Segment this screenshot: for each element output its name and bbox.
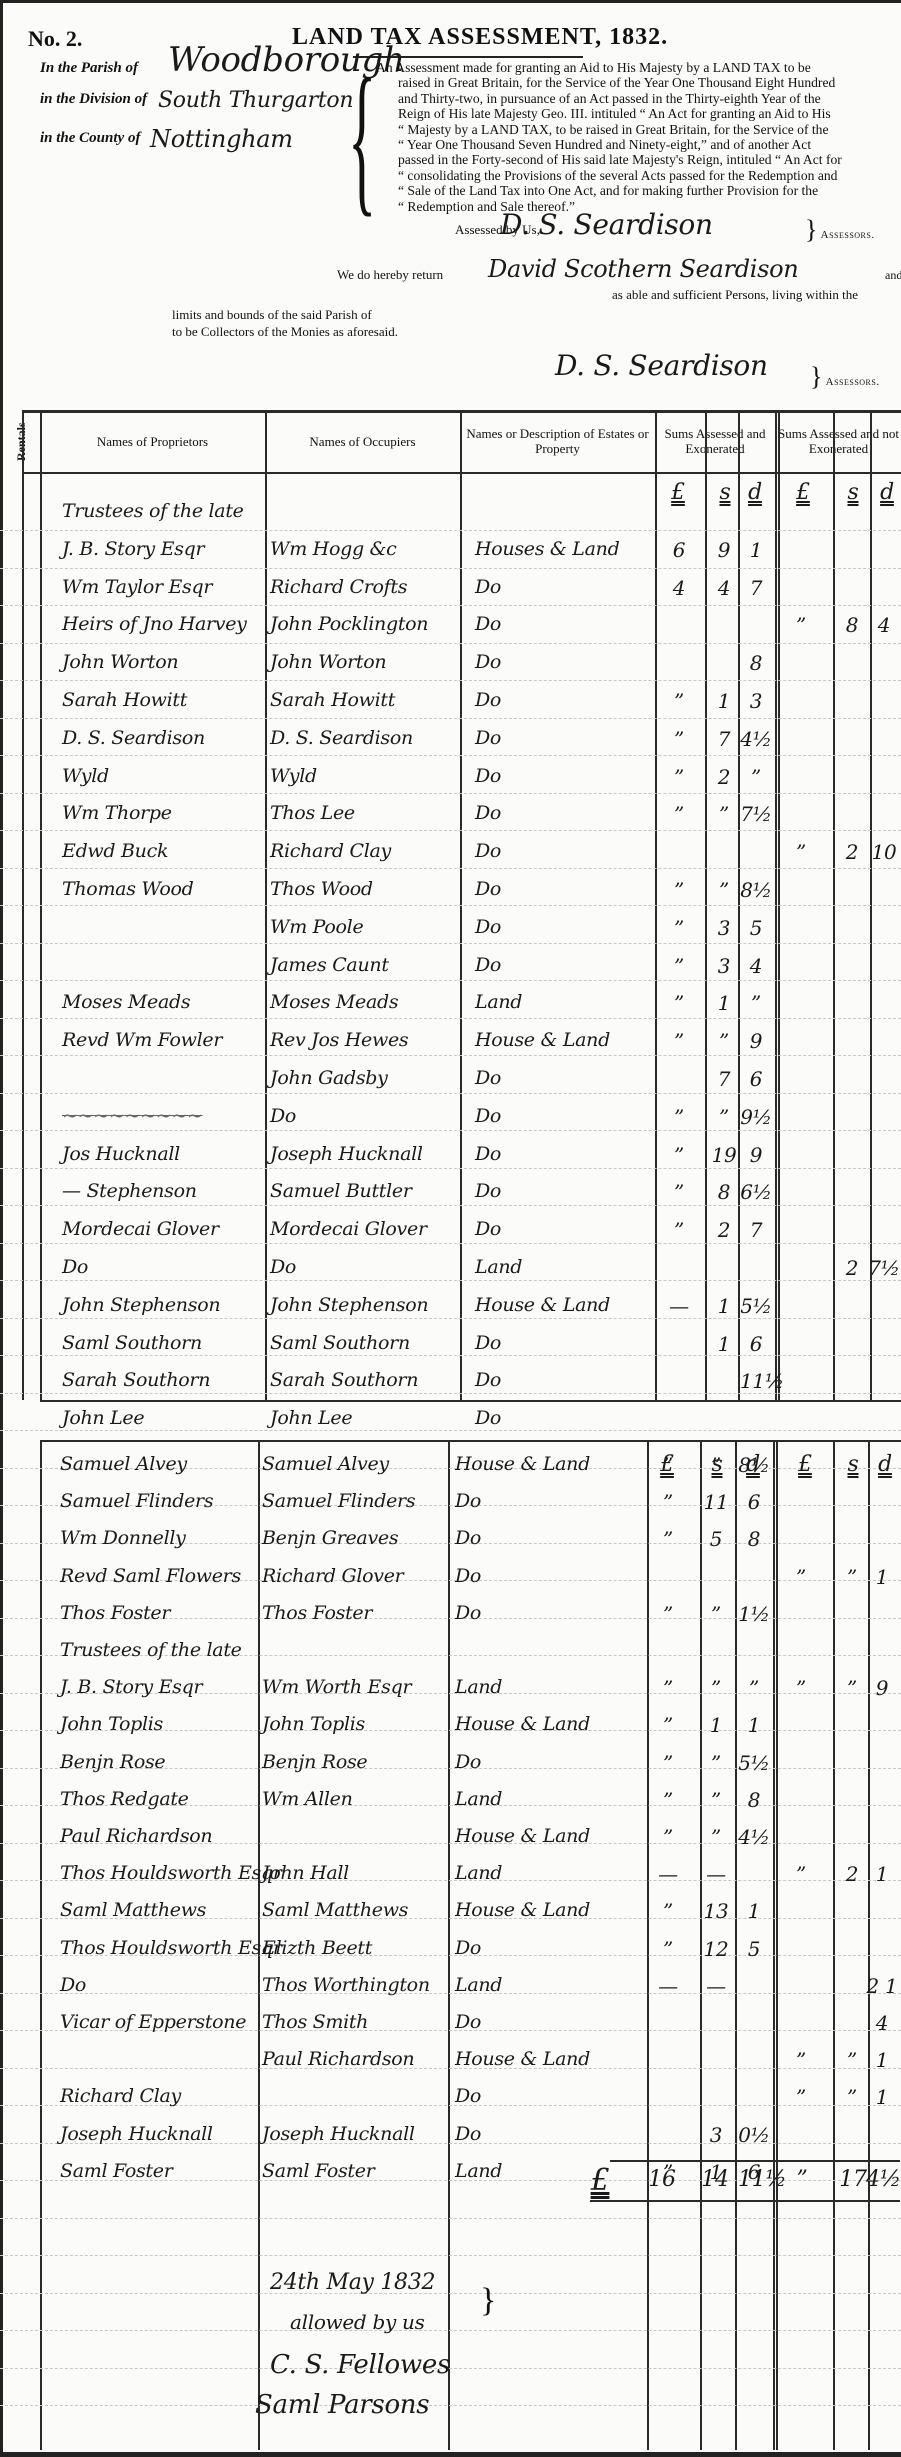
division-value: South Thurgarton	[158, 88, 353, 113]
occupier-name: Wm Worth Esqr	[262, 1676, 411, 1698]
sum-exonerated: 8	[738, 1788, 770, 1812]
proprietor-name: Benjn Rose	[60, 1751, 165, 1773]
sum-exonerated: 19	[708, 1143, 740, 1167]
sum-not-exonerated: ”	[785, 1565, 817, 1589]
sum-exonerated: ”	[652, 1751, 684, 1775]
sum-exonerated: ”	[700, 1453, 732, 1477]
sum-exonerated: ”	[663, 1218, 695, 1242]
proprietor-name: Joseph Hucknall	[60, 2123, 213, 2145]
occupier-name: Joseph Hucknall	[270, 1143, 423, 1165]
sum-not-exonerated: 1	[866, 1565, 898, 1589]
ruled-line	[0, 2293, 901, 2294]
sum-exonerated: 8	[738, 1527, 770, 1551]
proprietor-name: Revd Wm Fowler	[62, 1029, 222, 1051]
sum-exonerated: 1½	[738, 1602, 770, 1626]
occupier-name: Wm Allen	[262, 1788, 353, 1810]
estate-description: Do	[475, 954, 501, 976]
ruled-line	[0, 2068, 901, 2069]
sum-not-exonerated: 7½	[868, 1256, 900, 1280]
sum-exonerated: ”	[652, 1937, 684, 1961]
occupier-name: Samuel Buttler	[270, 1180, 412, 1202]
sum-exonerated: ”	[663, 1105, 695, 1129]
preamble-line: “ Majesty by a LAND TAX, to be raised in…	[376, 122, 900, 137]
proprietor-name: Saml Matthews	[60, 1899, 206, 1921]
estate-description: Land	[475, 1256, 522, 1278]
column-line	[735, 1440, 737, 2450]
total-not-exonerated: 17	[836, 2167, 870, 2192]
sum-exonerated: ”	[663, 991, 695, 1015]
sum-exonerated: 3	[708, 916, 740, 940]
ruled-line	[0, 605, 901, 606]
currency-unit-label: £	[663, 480, 693, 505]
estate-description: Do	[455, 1490, 481, 1512]
sum-exonerated: 4	[708, 576, 740, 600]
estate-description: Do	[455, 2085, 481, 2107]
proprietor-name: John Stephenson	[62, 1294, 220, 1316]
sum-not-exonerated: ”	[785, 1676, 817, 1700]
proprietor-name: Trustees of the late	[60, 1639, 242, 1661]
estate-description: Do	[455, 1751, 481, 1773]
occupier-name: John Worton	[270, 651, 386, 673]
top-border	[0, 0, 901, 3]
left-border	[0, 0, 3, 2457]
sum-exonerated: 1	[738, 1899, 770, 1923]
currency-unit-label: s	[838, 480, 868, 505]
estate-description: Do	[475, 727, 501, 749]
estate-description: Land	[475, 991, 522, 1013]
sum-not-exonerated: 1	[866, 2085, 898, 2109]
sum-not-exonerated: ”	[836, 2085, 868, 2109]
sum-not-exonerated: ”	[785, 2048, 817, 2072]
ruled-line	[0, 830, 901, 831]
estate-description: Do	[475, 1180, 501, 1202]
estate-description: Do	[475, 1067, 501, 1089]
sum-exonerated: ”	[740, 991, 772, 1015]
proprietor-name: Wm Taylor Esqr	[62, 576, 212, 598]
header-estates: Names or Description of Estates or Prope…	[460, 412, 655, 470]
brace-icon: {	[348, 54, 376, 222]
land-tax-assessment-page: No. 2. LAND TAX ASSESSMENT, 1832. In the…	[0, 0, 901, 2457]
currency-unit-label: s	[838, 1452, 868, 1477]
sum-exonerated: ”	[652, 1453, 684, 1477]
occupier-name: Thos Worthington	[262, 1974, 430, 1996]
sum-exonerated: ”	[663, 954, 695, 978]
sum-exonerated: ”	[663, 1180, 695, 1204]
total-not-exonerated: 4½	[866, 2167, 900, 2192]
sum-exonerated: 0½	[738, 2123, 770, 2147]
proprietor-name: John Lee	[62, 1407, 144, 1429]
total-exonerated: 16	[645, 2167, 679, 2192]
sum-exonerated: 3	[708, 954, 740, 978]
assessors-text: Assessors.	[821, 229, 875, 241]
sum-exonerated: ”	[652, 1527, 684, 1551]
total-exonerated: 11½	[738, 2167, 772, 2192]
proprietor-name: Samuel Alvey	[60, 1453, 187, 1475]
column-line	[647, 1440, 649, 2450]
brace-icon: }	[805, 215, 818, 244]
sum-exonerated: 13	[700, 1899, 732, 1923]
currency-unit-label: d	[870, 1452, 900, 1477]
estate-description: House & Land	[455, 1453, 590, 1475]
proprietor-name: Thos Foster	[60, 1602, 170, 1624]
ruled-line	[0, 2405, 901, 2406]
estate-description: Do	[455, 1937, 481, 1959]
sum-exonerated: ”	[663, 916, 695, 940]
sum-exonerated: ”	[652, 1825, 684, 1849]
county-value: Nottingham	[150, 125, 293, 153]
sum-exonerated: 5½	[740, 1294, 772, 1318]
sum-exonerated: 4	[740, 954, 772, 978]
sum-exonerated: ”	[708, 878, 740, 902]
sum-exonerated: 3	[740, 689, 772, 713]
sum-exonerated: 6	[663, 538, 695, 562]
estate-description: Do	[475, 840, 501, 862]
proprietor-name: Trustees of the late	[62, 500, 244, 522]
estate-description: Do	[455, 2123, 481, 2145]
assessors-text-2: Assessors.	[826, 376, 880, 388]
proprietor-name: Edwd Buck	[62, 840, 168, 862]
proprietor-name: Samuel Flinders	[60, 1490, 213, 1512]
sum-exonerated: 5	[700, 1527, 732, 1551]
column-line	[40, 1440, 42, 2450]
sum-exonerated: 1	[700, 1713, 732, 1737]
sum-exonerated: ”	[652, 1713, 684, 1737]
sum-exonerated: 1	[708, 1294, 740, 1318]
sum-exonerated: 7½	[740, 802, 772, 826]
preamble-line: “ consolidating the Provisions of the se…	[376, 168, 900, 183]
occupier-name: Richard Crofts	[270, 576, 407, 598]
estate-description: House & Land	[475, 1294, 610, 1316]
estate-description: Do	[475, 576, 501, 598]
currency-unit-label: s	[710, 480, 740, 505]
sum-exonerated: 9	[740, 1029, 772, 1053]
sum-exonerated: ”	[663, 689, 695, 713]
rule-line	[40, 1440, 901, 1442]
sum-exonerated: 9	[708, 538, 740, 562]
sum-not-exonerated: 4	[868, 613, 900, 637]
estate-description: Do	[475, 689, 501, 711]
ruled-line	[0, 2368, 901, 2369]
occupier-name: John Gadsby	[270, 1067, 388, 1089]
proprietor-name: Revd Saml Flowers	[60, 1565, 241, 1587]
sum-exonerated: 4½	[740, 727, 772, 751]
estate-description: Do	[455, 1565, 481, 1587]
and-label: and	[885, 268, 901, 283]
sum-exonerated: ”	[700, 1825, 732, 1849]
footer-signature-1: C. S. Fellowes	[270, 2350, 450, 2380]
estate-description: House & Land	[455, 1713, 590, 1735]
estate-description: Land	[455, 1974, 502, 1996]
assessor-signature: D. S. Seardison	[500, 208, 713, 241]
occupier-name: Benjn Greaves	[262, 1527, 398, 1549]
proprietor-name: Sarah Southorn	[62, 1369, 210, 1391]
sum-exonerated: 1	[708, 689, 740, 713]
sum-exonerated: 11½	[740, 1369, 772, 1393]
ruled-line	[0, 2218, 901, 2219]
estate-description: Do	[475, 916, 501, 938]
sum-exonerated: 8	[708, 1180, 740, 1204]
occupier-name: Thos Foster	[262, 1602, 372, 1624]
occupier-name: John Lee	[270, 1407, 352, 1429]
sum-exonerated: ”	[700, 1751, 732, 1775]
sum-not-exonerated: 1	[866, 1862, 898, 1886]
sum-exonerated: 9	[740, 1143, 772, 1167]
ruled-line	[0, 1055, 901, 1056]
proprietor-name: Sarah Howitt	[62, 689, 187, 711]
preamble-text: An Assessment made for granting an Aid t…	[376, 60, 900, 214]
proprietor-name: Thos Houldsworth Esqr	[60, 1862, 282, 1884]
ruled-line	[0, 1018, 901, 1019]
preamble-line: raised in Great Britain, for the Service…	[376, 75, 900, 90]
sum-exonerated: 1	[708, 1332, 740, 1356]
sum-not-exonerated: 2	[836, 840, 868, 864]
ruled-line	[0, 755, 901, 756]
sum-exonerated: ”	[652, 1490, 684, 1514]
sum-not-exonerated: ”	[785, 1862, 817, 1886]
column-line	[776, 1440, 778, 2450]
able-text: as able and sufficient Persons, living w…	[612, 287, 858, 303]
sum-exonerated: ”	[663, 1143, 695, 1167]
sum-not-exonerated: ”	[785, 613, 817, 637]
sum-exonerated: ”	[708, 802, 740, 826]
ruled-line	[0, 1168, 901, 1169]
sum-exonerated: 6½	[740, 1180, 772, 1204]
sum-not-exonerated: ”	[785, 2085, 817, 2109]
ruled-line	[0, 1993, 901, 1994]
ruled-line	[0, 2255, 901, 2256]
proprietor-name: Saml Southorn	[62, 1332, 202, 1354]
sum-exonerated: 8	[740, 651, 772, 675]
sum-exonerated: ”	[663, 765, 695, 789]
header-occupiers: Names of Occupiers	[265, 412, 460, 470]
estate-description: Do	[475, 878, 501, 900]
sum-not-exonerated: 1	[866, 2048, 898, 2072]
footer-date: 24th May 1832	[270, 2270, 435, 2295]
ruled-line	[0, 793, 901, 794]
sum-exonerated: 1	[738, 1713, 770, 1737]
estate-description: House & Land	[475, 1029, 610, 1051]
occupier-name: John Hall	[262, 1862, 349, 1884]
occupier-name: Samuel Alvey	[262, 1453, 389, 1475]
sum-exonerated: ”	[652, 1788, 684, 1812]
sum-exonerated: ”	[652, 1899, 684, 1923]
rule-line	[22, 472, 901, 474]
sum-exonerated: ”	[663, 802, 695, 826]
ruled-line	[0, 1205, 901, 1206]
sum-not-exonerated: 4	[866, 2011, 898, 2035]
brace-icon: }	[810, 362, 823, 391]
preamble-line: Reign of His late Majesty Geo. III. inti…	[376, 106, 900, 121]
occupier-name: Wm Hogg &c	[270, 538, 397, 560]
proprietor-name: Mordecai Glover	[62, 1218, 219, 1240]
county-label: in the County of	[40, 130, 140, 147]
occupier-name: Rev Jos Hewes	[270, 1029, 408, 1051]
preamble-line: “ Sale of the Land Tax into One Act, and…	[376, 183, 900, 198]
proprietor-name: Paul Richardson	[60, 1825, 212, 1847]
sum-exonerated: —	[700, 1974, 732, 1998]
parish-label: In the Parish of	[40, 60, 138, 77]
sum-not-exonerated: 2	[836, 1256, 868, 1280]
sum-exonerated: 8½	[740, 878, 772, 902]
proprietor-name: John Worton	[62, 651, 178, 673]
occupier-name: Paul Richardson	[262, 2048, 414, 2070]
occupier-name: John Toplis	[262, 1713, 365, 1735]
estate-description: House & Land	[455, 2048, 590, 2070]
sum-exonerated: 4½	[738, 1825, 770, 1849]
estate-description: Do	[455, 1602, 481, 1624]
pound-symbol: £	[585, 2163, 615, 2198]
estate-description: Do	[475, 613, 501, 635]
sum-exonerated: 7	[740, 576, 772, 600]
occupier-name: John Stephenson	[270, 1294, 428, 1316]
occupier-name: Samuel Flinders	[262, 1490, 415, 1512]
proprietor-name: J. B. Story Esqr	[60, 1676, 202, 1698]
proprietor-name: Do	[62, 1256, 88, 1278]
column-line	[448, 1440, 450, 2450]
occupier-name: James Caunt	[270, 954, 389, 976]
proprietor-name: Vicar of Epperstone	[60, 2011, 246, 2033]
proprietor-name: J. B. Story Esqr	[62, 538, 204, 560]
sum-exonerated: 7	[708, 1067, 740, 1091]
sum-exonerated: 9½	[740, 1105, 772, 1129]
sum-exonerated: 1	[740, 538, 772, 562]
estate-description: Land	[455, 2160, 502, 2182]
estate-description: Do	[455, 1527, 481, 1549]
sum-not-exonerated: 2 1	[866, 1974, 898, 1998]
ruled-line	[0, 680, 901, 681]
proprietor-name: Thos Redgate	[60, 1788, 189, 1810]
estate-description: Land	[455, 1676, 502, 1698]
ruled-line	[0, 568, 901, 569]
sum-exonerated: ”	[652, 1676, 684, 1700]
assessor-signature-2: D. S. Seardison	[555, 349, 768, 382]
proprietor-name: Do	[60, 1974, 86, 1996]
sum-exonerated: —	[700, 1862, 732, 1886]
occupier-name: Thos Wood	[270, 878, 373, 900]
sum-exonerated: 5	[740, 916, 772, 940]
sum-exonerated: ”	[700, 1602, 732, 1626]
ruled-line	[0, 2330, 901, 2331]
ruled-line	[0, 1430, 901, 1431]
brace-icon: }	[480, 2282, 496, 2320]
occupier-name: Moses Meads	[270, 991, 398, 1013]
occupier-name: Benjn Rose	[262, 1751, 367, 1773]
sum-exonerated: 7	[740, 1218, 772, 1242]
occupier-name: Sarah Howitt	[270, 689, 395, 711]
estate-description: Do	[475, 1143, 501, 1165]
occupier-name: Richard Glover	[262, 1565, 403, 1587]
limits-line-1: limits and bounds of the said Parish of	[172, 306, 398, 323]
division-label: in the Division of	[40, 91, 147, 108]
rule-line	[22, 410, 901, 413]
header-proprietors: Names of Proprietors	[40, 412, 265, 470]
estate-description: House & Land	[455, 1825, 590, 1847]
estate-description: Do	[475, 1218, 501, 1240]
ruled-line	[0, 530, 901, 531]
struck-entry: ~~~~~~~~~	[62, 1105, 203, 1127]
sum-exonerated: ”	[708, 1105, 740, 1129]
sum-exonerated: ”	[663, 878, 695, 902]
ruled-line	[0, 1280, 901, 1281]
occupier-name: Thos Smith	[262, 2011, 368, 2033]
occupier-name: Do	[270, 1105, 296, 1127]
limits-line-2: to be Collectors of the Monies as afores…	[172, 323, 398, 340]
assessors-label-2: } Assessors.	[810, 362, 880, 392]
preamble-line: “ Year One Thousand Seven Hundred and Ni…	[376, 137, 900, 152]
sum-exonerated: ”	[740, 765, 772, 789]
proprietor-name: Heirs of Jno Harvey	[62, 613, 247, 635]
estate-description: Do	[455, 2011, 481, 2033]
bottom-border	[0, 2452, 901, 2457]
sum-not-exonerated: ”	[836, 2048, 868, 2072]
currency-unit-label: £	[788, 480, 818, 505]
proprietor-name: John Toplis	[60, 1713, 163, 1735]
currency-unit-label: d	[740, 480, 770, 505]
proprietor-name: Wm Donnelly	[60, 1527, 186, 1549]
sum-exonerated: ”	[700, 1788, 732, 1812]
sum-exonerated: 5	[738, 1937, 770, 1961]
estate-description: Land	[455, 1788, 502, 1810]
sum-exonerated: 6	[740, 1332, 772, 1356]
occupier-name: Wyld	[270, 765, 317, 787]
footer-allowed: allowed by us	[290, 2310, 425, 2334]
sum-exonerated: —	[652, 1862, 684, 1886]
sum-not-exonerated: ”	[836, 1565, 868, 1589]
occupier-name: Thos Lee	[270, 802, 355, 824]
preamble-line: passed in the Forty-second of His said l…	[376, 152, 900, 167]
preamble-line: An Assessment made for granting an Aid t…	[376, 60, 900, 75]
total-not-exonerated: ”	[785, 2167, 819, 2192]
sum-exonerated: 6	[738, 1490, 770, 1514]
occupier-name: Mordecai Glover	[270, 1218, 427, 1240]
footer-signature-2: Saml Parsons	[255, 2390, 429, 2420]
ruled-line	[0, 1093, 901, 1094]
sum-exonerated: ”	[738, 1676, 770, 1700]
header-exonerated: Sums Assessed and Exonerated	[655, 412, 775, 470]
sum-exonerated: 2	[708, 1218, 740, 1242]
proprietor-name: Saml Foster	[60, 2160, 172, 2182]
occupier-name: Saml Matthews	[262, 1899, 408, 1921]
proprietor-name: Wyld	[62, 765, 109, 787]
occupier-name: John Pocklington	[270, 613, 428, 635]
sum-not-exonerated: ”	[785, 840, 817, 864]
sum-not-exonerated: 2	[836, 1862, 868, 1886]
estate-description: Do	[475, 1407, 501, 1429]
form-number: No. 2.	[28, 26, 82, 52]
ruled-line	[0, 1243, 901, 1244]
estate-description: Land	[455, 1862, 502, 1884]
estate-description: Houses & Land	[475, 538, 619, 560]
column-line	[773, 1440, 775, 2450]
estate-description: Do	[475, 802, 501, 824]
sum-not-exonerated: ”	[836, 1676, 868, 1700]
ruled-line	[0, 1130, 901, 1131]
occupier-name: D. S. Seardison	[270, 727, 413, 749]
proprietor-name: — Stephenson	[62, 1180, 197, 1202]
ruled-line	[0, 643, 901, 644]
sum-exonerated: ”	[663, 1029, 695, 1053]
occupier-name: Elizth Beett	[262, 1937, 372, 1959]
occupier-name: Saml Southorn	[270, 1332, 410, 1354]
column-line	[833, 1440, 835, 2450]
sum-exonerated: 7	[708, 727, 740, 751]
sum-exonerated: 5½	[738, 1751, 770, 1775]
sum-exonerated: ”	[708, 1029, 740, 1053]
total-exonerated: 14	[698, 2167, 732, 2192]
preamble-line: and Thirty-two, in pursuance of an Act p…	[376, 91, 900, 106]
assessors-label: } Assessors.	[805, 215, 875, 245]
sum-exonerated: 2	[708, 765, 740, 789]
